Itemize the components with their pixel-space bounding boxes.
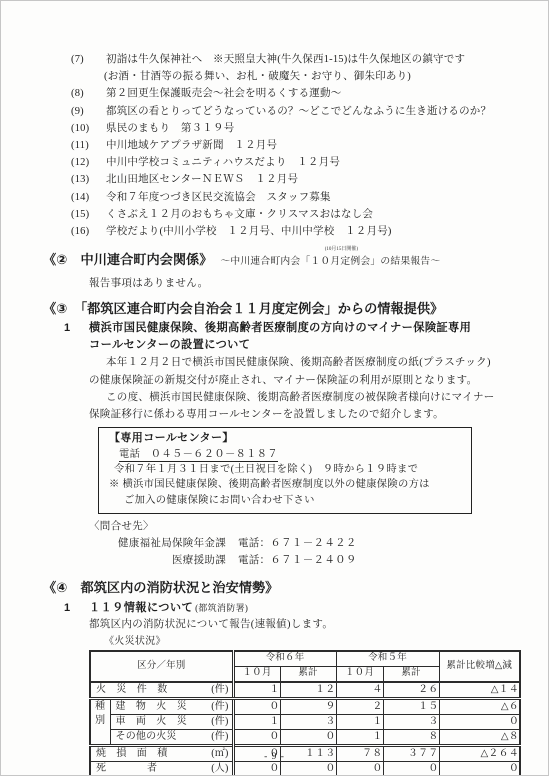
call-center-phone: 電話 ０４５－６２０－８１８７ — [119, 447, 463, 462]
value-cell: ０ — [233, 699, 280, 715]
section2-body: 報告事項はありません。 — [89, 275, 548, 292]
value-cell: ０ — [439, 715, 520, 730]
table-header-row: 区分／年別 令和６年 令和５年 累計比較増△減 — [90, 651, 520, 667]
year-header: 令和５年 — [336, 651, 439, 667]
value-cell: １ — [233, 715, 280, 730]
list-item-text: 県民のまもり 第３１９号 — [106, 120, 234, 137]
list-item-text: 都筑区の看とりってどうなっているの？～どこでどんなふうに生き逝けるのか？ — [106, 103, 491, 120]
paragraph-line: この度、横浜市国民健康保険、後期高齢者医療制度の被保険者様向けにマイナー — [106, 389, 548, 406]
value-cell: ８ — [383, 730, 439, 746]
paragraph-line: 保険証移行に係わる専用コールセンターを設置しましたので紹介します。 — [89, 406, 548, 423]
section4-heading-text: 《④ 都筑区内の消防状況と治安情勢》 — [43, 578, 278, 597]
list-item-number: (12) — [71, 154, 106, 171]
list-item-text: 第２回更生保護販売会～社会を明るくする運動～ — [106, 85, 341, 102]
call-center-note2: ご加入の健康保険にお問い合わせ下さい — [124, 493, 463, 508]
item-title-note: (都筑消防署) — [195, 601, 248, 614]
contact-row: 健康福祉局保険年金課 電話：６７１－２４２２ — [106, 535, 548, 552]
list-item-number: (16) — [71, 223, 106, 240]
list-item-number: (9) — [71, 103, 106, 120]
total-header: 累計 — [280, 667, 336, 683]
value-cell: ９ — [280, 699, 336, 715]
row-unit: (件) — [211, 683, 228, 697]
item-title-line2: コールセンターの設置について — [89, 337, 548, 354]
newsletter-list: (7) 初詣は牛久保神社へ ※天照皇大神(牛久保西1-15)は牛久保地区の鎮守で… — [1, 51, 548, 240]
row-label: その他の火災 — [116, 730, 177, 744]
list-item: (16) 学校だより(中川小学校 １２月号、中川中学校 １２月号) — [71, 223, 528, 240]
value-cell: １ — [336, 715, 383, 730]
list-item-text: くさぶえ１２月のおもちゃ文庫・クリスマスおはなし会 — [106, 206, 373, 223]
group-label-cell: 種別 — [90, 699, 110, 746]
value-cell: ３ — [383, 715, 439, 730]
table-row: 死 者(人) ０ ０ ０ ０ ０ — [90, 762, 520, 776]
table-row: その他の火災(件) ０ ０ １ ８ △８ — [90, 730, 520, 746]
section3-item1: 1 横浜市国民健康保険、後期高齢者医療制度の方向けのマイナー保険証専用 — [64, 320, 548, 337]
table-row: 火 災 件 数(件) １ １２ ４ ２６ △１４ — [90, 682, 520, 699]
value-cell: △１４ — [439, 682, 520, 699]
call-center-note1: ※ 横浜市国民健康保険、後期高齢者医療制度以外の健康保険の方は — [109, 477, 463, 492]
list-item-text: 初詣は牛久保神社へ ※天照皇大神(牛久保西1-15)は牛久保地区の鎮守です — [106, 51, 465, 68]
row-label-cell: 死 者(人) — [90, 762, 233, 776]
corner-header: 区分／年別 — [90, 651, 233, 682]
value-cell: ２ — [336, 699, 383, 715]
list-item-number: (10) — [71, 120, 106, 137]
list-item: (13) 北山田地区センターＮＥＷＳ １２月号 — [71, 171, 528, 188]
list-item-number: (14) — [71, 189, 106, 206]
list-item: (15) くさぶえ１２月のおもちゃ文庫・クリスマスおはなし会 — [71, 206, 528, 223]
list-item-number: (13) — [71, 171, 106, 188]
row-label: 車 両 火 災 — [116, 715, 187, 729]
section2-note-term: １０月定例会 — [310, 256, 370, 267]
value-cell: ０ — [233, 730, 280, 746]
item-title-line1: 横浜市国民健康保険、後期高齢者医療制度の方向けのマイナー保険証専用 — [89, 320, 471, 337]
list-item: (12) 中川中学校コミュニティハウスだより １２月号 — [71, 154, 528, 171]
row-unit: (人) — [211, 762, 228, 776]
month-header: １０月 — [233, 667, 280, 683]
section4-body: 都筑区内の消防状況について報告(速報値)します。 — [89, 617, 548, 634]
section2-heading-text: 《② 中川連合町内会関係》 — [43, 250, 212, 269]
contact-label: 〈問合せ先〉 — [89, 518, 548, 535]
value-cell: △８ — [439, 730, 520, 746]
value-cell: ０ — [336, 762, 383, 776]
row-label: 火 災 件 数 — [96, 683, 167, 697]
value-cell: ０ — [280, 762, 336, 776]
diff-header: 累計比較増△減 — [439, 651, 520, 682]
value-cell: １５ — [383, 699, 439, 715]
row-label-cell: その他の火災(件) — [110, 730, 233, 746]
item-title: １１９情報について — [89, 600, 193, 617]
list-item-number: (11) — [71, 137, 106, 154]
list-item-text: 令和７年度つづき区民交流協会 スタッフ募集 — [106, 189, 331, 206]
value-cell: ０ — [383, 762, 439, 776]
value-cell: ２６ — [383, 682, 439, 699]
list-item: (9) 都筑区の看とりってどうなっているの？～どこでどんなふうに生き逝けるのか？ — [71, 103, 528, 120]
section2-heading: 《② 中川連合町内会関係》 ～中川連合町内会「(10月15日開催)１０月定例会」… — [43, 250, 532, 271]
contact-phone: 電話：６７１－２４０９ — [238, 555, 357, 566]
ruby-annotation: (10月15日開催) — [312, 247, 370, 252]
row-label-cell: 車 両 火 災(件) — [110, 715, 233, 730]
section2-note-pre: ～中川連合町内会「 — [220, 256, 310, 267]
table-row: 車 両 火 災(件) １ ３ １ ３ ０ — [90, 715, 520, 730]
value-cell: １ — [336, 730, 383, 746]
list-item: (8) 第２回更生保護販売会～社会を明るくする運動～ — [71, 85, 528, 102]
year-header: 令和６年 — [233, 651, 336, 667]
contact-phone: 電話：６７１－２４２２ — [238, 538, 357, 549]
list-item-text: 北山田地区センターＮＥＷＳ １２月号 — [106, 171, 298, 188]
value-cell: △６ — [439, 699, 520, 715]
value-cell: １２ — [280, 682, 336, 699]
page-number: - 9 - — [1, 752, 548, 762]
contact-row: 医療援助課 電話：６７１－２４０９ — [106, 552, 548, 569]
contact-dept: 健康福祉局保険年金課 — [106, 535, 226, 552]
row-label-cell: 火 災 件 数(件) — [90, 682, 233, 699]
list-item-continuation: (お酒・甘酒等の振る舞い、お札・破魔矢・お守り、御朱印あり) — [104, 68, 548, 85]
call-center-period: 令和７年１月３１日まで(土日祝日を除く) ９時から１９時まで — [114, 462, 463, 477]
item-number: 1 — [64, 322, 89, 334]
section3-heading: 《③ 「都筑区連合町内会自治会１１月度定例会」からの情報提供》 — [43, 299, 532, 318]
paragraph-line: の健康保険証の新規交付が廃止され、マイナー保険証の利用が原則となります。 — [89, 372, 548, 389]
value-cell: ４ — [336, 682, 383, 699]
table-row: 種別 建 物 火 災(件) ０ ９ ２ １５ △６ — [90, 699, 520, 715]
call-center-title: 【専用コールセンター】 — [109, 431, 463, 447]
section4-heading: 《④ 都筑区内の消防状況と治安情勢》 — [43, 578, 532, 597]
value-cell: ０ — [439, 762, 520, 776]
list-item-text: 学校だより(中川小学校 １２月号、中川中学校 １２月号) — [106, 223, 392, 240]
row-label: 建 物 火 災 — [116, 700, 187, 714]
list-item: (10) 県民のまもり 第３１９号 — [71, 120, 528, 137]
list-item-number: (8) — [71, 85, 106, 102]
month-header: １０月 — [336, 667, 383, 683]
section2-note-term-wrap: (10月15日開催)１０月定例会 — [310, 252, 370, 271]
row-label: 死 者 — [96, 762, 157, 776]
section2-note-post: 」の結果報告～ — [370, 256, 440, 267]
row-unit: (件) — [211, 730, 228, 744]
document-page: (7) 初詣は牛久保神社へ ※天照皇大神(牛久保西1-15)は牛久保地区の鎮守で… — [0, 0, 549, 776]
value-cell: ０ — [233, 762, 280, 776]
row-unit: (件) — [211, 715, 228, 729]
list-item-text: 中川中学校コミュニティハウスだより １２月号 — [106, 154, 340, 171]
list-item: (11) 中川地域ケアプラザ新聞 １２月号 — [71, 137, 528, 154]
section4-item1: 1 １１９情報について (都筑消防署) — [64, 600, 548, 617]
total-header: 累計 — [383, 667, 439, 683]
row-unit: (件) — [211, 700, 228, 714]
value-cell: ３ — [280, 715, 336, 730]
list-item: (7) 初詣は牛久保神社へ ※天照皇大神(牛久保西1-15)は牛久保地区の鎮守で… — [71, 51, 528, 68]
list-item-text: 中川地域ケアプラザ新聞 １２月号 — [106, 137, 277, 154]
value-cell: ０ — [280, 730, 336, 746]
row-label-cell: 建 物 火 災(件) — [110, 699, 233, 715]
list-item-number: (15) — [71, 206, 106, 223]
list-item: (14) 令和７年度つづき区民交流協会 スタッフ募集 — [71, 189, 528, 206]
fire-table-caption: 《火災状況》 — [104, 635, 548, 649]
phone-number-underlined: 電話 ０４５－６２０－８１８７ — [119, 448, 278, 462]
paragraph-line: 本年１２月２日で横浜市国民健康保険、後期高齢者医療制度の紙(プラスチック) — [106, 354, 548, 371]
contact-dept: 医療援助課 — [106, 552, 226, 569]
section2-note: ～中川連合町内会「(10月15日開催)１０月定例会」の結果報告～ — [220, 252, 440, 271]
section3-heading-text: 《③ 「都筑区連合町内会自治会１１月度定例会」からの情報提供》 — [43, 299, 443, 318]
item-number: 1 — [64, 602, 89, 614]
call-center-box: 【専用コールセンター】 電話 ０４５－６２０－８１８７ 令和７年１月３１日まで(… — [98, 427, 472, 514]
list-item-number: (7) — [71, 51, 106, 68]
value-cell: １ — [233, 682, 280, 699]
